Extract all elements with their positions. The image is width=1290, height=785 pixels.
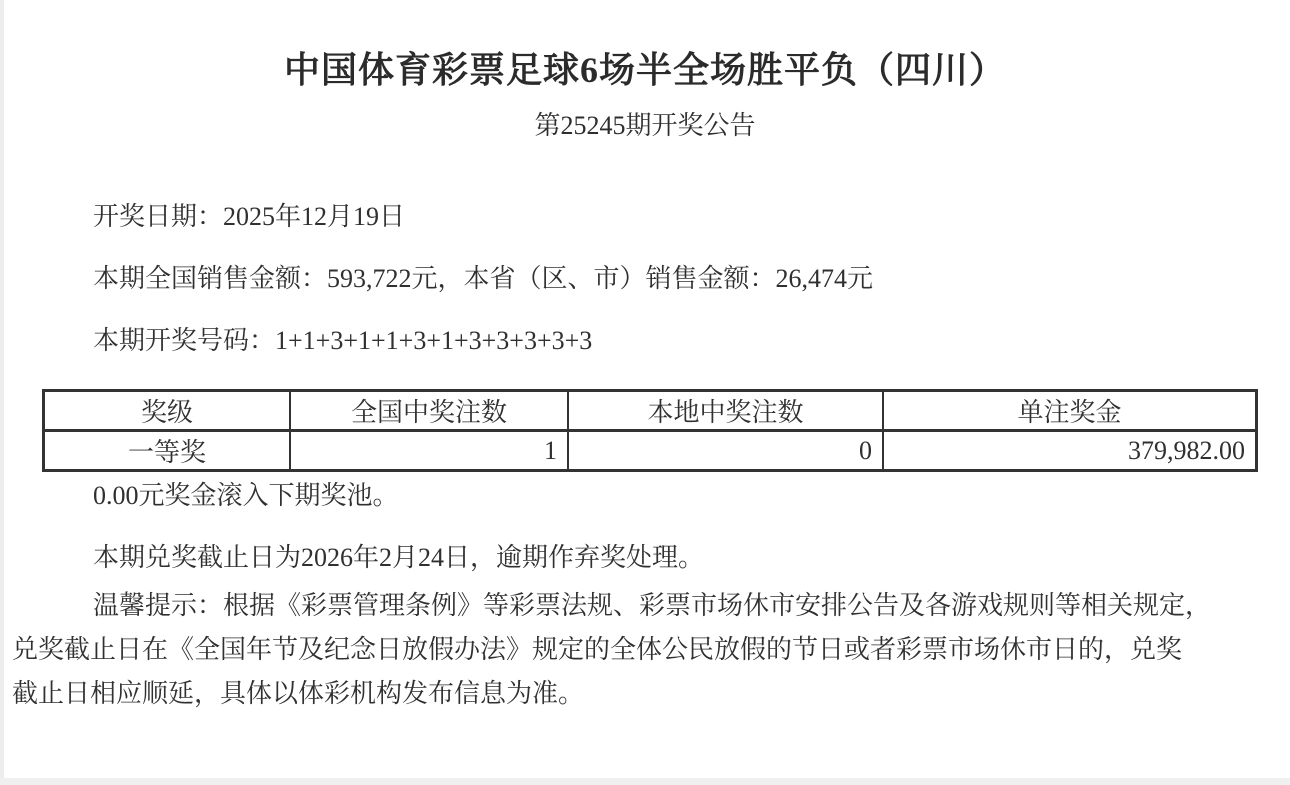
page-title: 中国体育彩票足球6场半全场胜平负（四川）: [0, 42, 1290, 93]
draw-date-line: 开奖日期：2025年12月19日: [93, 201, 405, 233]
header-prize-level: 奖级: [44, 391, 291, 431]
issue-subtitle: 第25245期开奖公告: [0, 105, 1290, 142]
lottery-announcement-page: 中国体育彩票足球6场半全场胜平负（四川） 第25245期开奖公告 开奖日期：20…: [0, 0, 1290, 785]
header-local-winners: 本地中奖注数: [568, 391, 883, 431]
notice-paragraph: 温馨提示：根据《彩票管理条例》等彩票法规、彩票市场休市安排公告及各游戏规则等相关…: [12, 584, 1282, 716]
notice-line-3: 截止日相应顺延，具体以体彩机构发布信息为准。: [12, 672, 1282, 716]
prize-table-row-first-prize: 一等奖 1 0 379,982.00: [44, 431, 1257, 471]
page-bottom-edge: [0, 778, 1290, 785]
redeem-deadline-line: 本期兑奖截止日为2026年2月24日，逾期作弃奖处理。: [93, 542, 704, 574]
rollover-line: 0.00元奖金滚入下期奖池。: [93, 480, 399, 512]
header-national-winners: 全国中奖注数: [290, 391, 568, 431]
notice-line-2: 兑奖截止日在《全国年节及纪念日放假办法》规定的全体公民放假的节日或者彩票市场休市…: [12, 628, 1282, 672]
winning-numbers-line: 本期开奖号码：1+1+3+1+1+3+1+3+3+3+3+3: [93, 325, 592, 357]
cell-national-winners: 1: [290, 431, 568, 471]
prize-table-header-row: 奖级 全国中奖注数 本地中奖注数 单注奖金: [44, 391, 1257, 431]
cell-local-winners: 0: [568, 431, 883, 471]
header-prize-per-bet: 单注奖金: [883, 391, 1257, 431]
prize-table: 奖级 全国中奖注数 本地中奖注数 单注奖金 一等奖 1 0 379,982.00: [42, 389, 1258, 472]
notice-line-1: 温馨提示：根据《彩票管理条例》等彩票法规、彩票市场休市安排公告及各游戏规则等相关…: [12, 584, 1282, 628]
cell-prize-level: 一等奖: [44, 431, 291, 471]
cell-prize-per-bet: 379,982.00: [883, 431, 1257, 471]
sales-amount-line: 本期全国销售金额：593,722元，本省（区、市）销售金额：26,474元: [93, 263, 873, 295]
